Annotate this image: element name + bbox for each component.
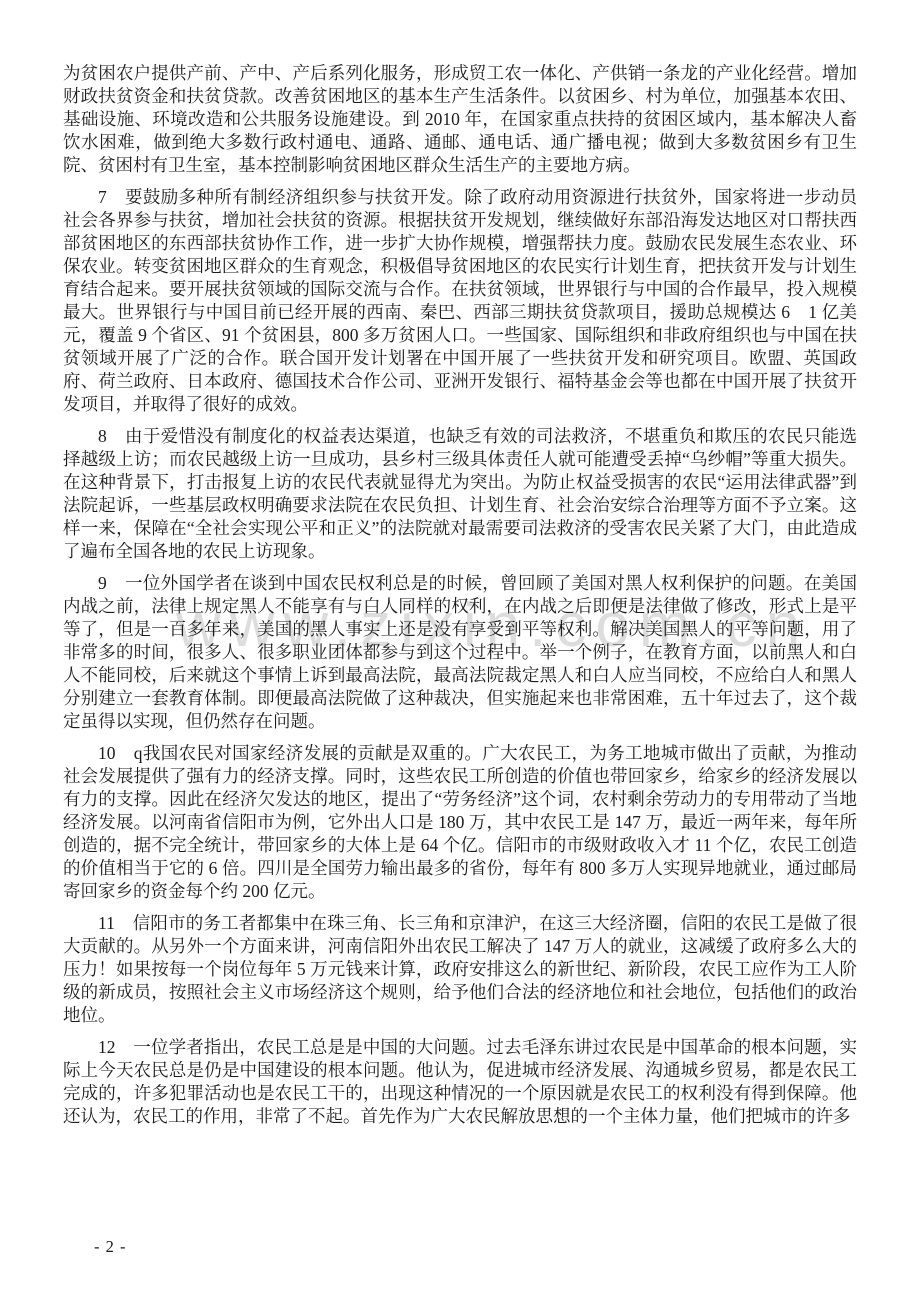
body-text: 为贫困农户提供产前、产中、产后系列化服务，形成贸工农一体化、产供销一条龙的产业化… — [63, 62, 857, 1137]
paragraph-7: 7 要鼓励多种所有制经济组织参与扶贫开发。除了政府动用资源进行扶贫外，国家将进一… — [63, 186, 857, 416]
paragraph-11: 11 信阳市的务工者都集中在珠三角、长三角和京津沪，在这三大经济圈，信阳的农民工… — [63, 912, 857, 1027]
document-page: www.zixin.com.cn 为贫困农户提供产前、产中、产后系列化服务，形成… — [0, 0, 920, 1302]
paragraph-12: 12 一位学者指出，农民工总是是中国的大问题。过去毛泽东讲过农民是中国革命的根本… — [63, 1036, 857, 1128]
paragraph-8: 8 由于爱惜没有制度化的权益表达渠道，也缺乏有效的司法救济，不堪重负和欺压的农民… — [63, 425, 857, 563]
page-number: - 2 - — [94, 1237, 127, 1257]
paragraph-continued: 为贫困农户提供产前、产中、产后系列化服务，形成贸工农一体化、产供销一条龙的产业化… — [63, 62, 857, 177]
paragraph-9: 9 一位外国学者在谈到中国农民权利总是的时候，曾回顾了美国对黑人权利保护的问题。… — [63, 572, 857, 733]
paragraph-10: 10 q我国农民对国家经济发展的贡献是双重的。广大农民工，为务工地城市做出了贡献… — [63, 742, 857, 903]
